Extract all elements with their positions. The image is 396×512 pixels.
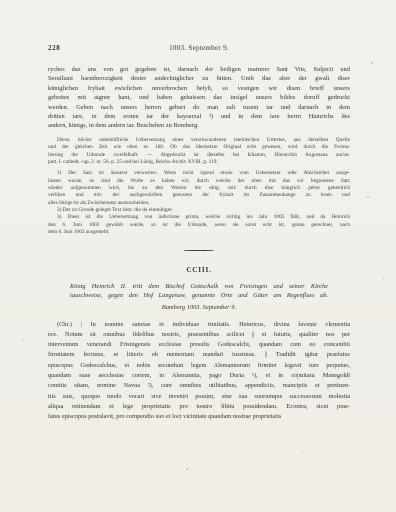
text-line: episcopus Godescalchus, et nobis secundu… <box>48 361 350 371</box>
charter-summary: König Heinrich II. tritt dem Bischof Got… <box>70 282 328 300</box>
scan-speckle <box>302 452 303 453</box>
text-line: dritten iare, in dem ersten iar der kays… <box>48 112 350 121</box>
charter-number-heading: CCIII. <box>48 266 350 274</box>
text-line: comitis sitam, nomine Navua ²), cum omni… <box>48 381 350 391</box>
book-page: 228 1003. September 9. ryches daz uns vo… <box>0 0 396 512</box>
text-line: rex. Notum sit omnibus fidelibus nostris… <box>48 330 350 340</box>
text-line: andern, künigs, in dem andern iar. Besch… <box>48 121 350 130</box>
footnote-3: 3) Diess ist die Uebersetzung von indict… <box>48 214 350 236</box>
scan-speckle <box>371 62 373 64</box>
note-line: und der gleichen Zeit wie oben nr. 160. … <box>48 144 350 151</box>
footnote-line: verlihen und mit: der nachgeschriben gen… <box>48 192 350 199</box>
text-line: interventum venerandi Frisingensis eccle… <box>48 340 350 350</box>
charter-cciii-body: (Chr.) | In nomine sanctae et individuae… <box>48 320 350 423</box>
footnote-line: 1) Der Satz ist äusserst verworren. Wenn… <box>48 170 350 177</box>
footnote-1: 1) Der Satz ist äusserst verworren. Wenn… <box>48 170 350 206</box>
text-line: tiis suis, quoquo modo vocari sive inven… <box>48 392 350 402</box>
scan-speckle <box>22 339 24 340</box>
summary-line: König Heinrich II. tritt dem Bischof Got… <box>70 282 328 291</box>
text-line: (Chr.) | In nomine sanctae et individuae… <box>48 320 350 330</box>
scan-speckle <box>383 277 384 279</box>
footnote-line: 3) Diess ist die Uebersetzung von indict… <box>48 214 350 221</box>
editorial-note: Diese, höchst unbehülfliche Uebersetzung… <box>48 137 350 167</box>
footnote-line: den 6. Juni 1002 gewählt wurde, so ist d… <box>48 222 350 229</box>
footnote-line: lassen wurde, so sind die Worte so haben… <box>48 178 350 185</box>
text-line: küniglichen frybait ewiclichen unverbroc… <box>48 84 350 93</box>
text-line: firmitatem fecimus, et litteris ob memor… <box>48 350 350 360</box>
page-number: 228 <box>48 44 60 52</box>
text-line: werden. Geben nach unsers herren geburt … <box>48 103 350 112</box>
scan-speckle <box>367 196 369 198</box>
note-line: part. I. cathedr. cap. 2. nr. 56. p. 25 … <box>48 159 350 166</box>
charter-dateline: Bamberg 1003. September 9. <box>48 304 350 311</box>
footnote-line: alles übrige ist als Zwischensatz auszus… <box>48 200 350 207</box>
text-line: quandam suae aecclesiae cortem, in Alema… <box>48 371 350 381</box>
scan-speckle <box>186 468 188 470</box>
note-line: lierung der Urkunde zweifelhaft. — Abged… <box>48 152 350 159</box>
footnotes: 1) Der Satz ist äusserst verworren. Wenn… <box>48 170 350 236</box>
section-divider-rule <box>184 250 214 251</box>
text-line: aliqua retinendam et lege proprietatis p… <box>48 402 350 412</box>
text-line: fatus episcopus postulavit, pro compendi… <box>48 412 350 422</box>
summary-line: tauschweise, gegen den Hof Langenaw, gen… <box>70 291 328 300</box>
text-line: gebottes mit aigner hant, und haben geha… <box>48 93 350 102</box>
page-header: 228 1003. September 9. <box>48 44 350 54</box>
page-content: 228 1003. September 9. ryches daz uns vo… <box>48 44 350 423</box>
text-line: Seruiliani barmherczigkeit dester andech… <box>48 74 350 83</box>
text-line: ryches daz uns von got gegeben ist, darn… <box>48 65 350 74</box>
charter-ccii-body: ryches daz uns von got gegeben ist, darn… <box>48 65 350 131</box>
running-title: 1003. September 9. <box>48 44 350 52</box>
footnote-line: dem 6. Juni 1003 ausgestellt. <box>48 229 350 236</box>
note-line: Diese, höchst unbehülfliche Uebersetzung… <box>48 137 350 144</box>
